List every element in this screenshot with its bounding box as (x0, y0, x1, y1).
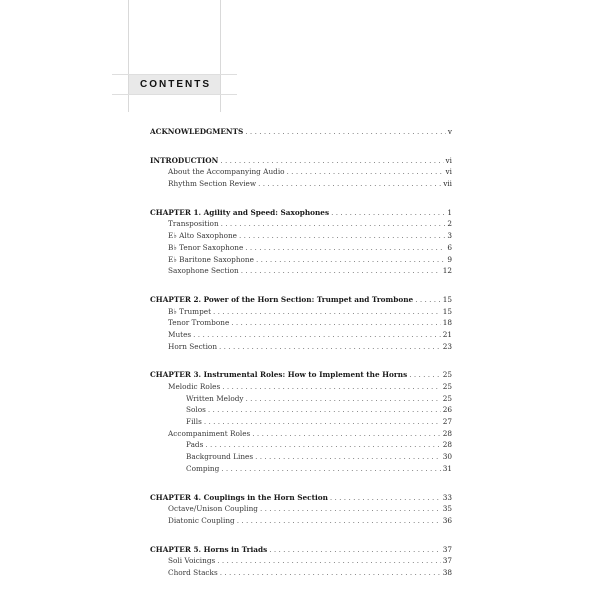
toc-entry-label: CHAPTER 4. Couplings in the Horn Section (150, 492, 328, 504)
toc-entry-label: Melodic Roles (168, 381, 220, 393)
toc-subentry[interactable]: Written Melody25 (150, 393, 452, 405)
contents-heading-band: CONTENTS (129, 75, 220, 94)
toc-subentry[interactable]: B♭ Tenor Saxophone6 (150, 242, 452, 254)
toc-subentry[interactable]: E♭ Baritone Saxophone9 (150, 254, 452, 266)
toc-page-number: 38 (443, 567, 452, 579)
dot-leader (222, 381, 440, 393)
dot-leader (258, 178, 441, 190)
toc-section: CHAPTER 3. Instrumental Roles: How to Im… (150, 369, 452, 474)
toc-section: CHAPTER 5. Horns in Triads37Soli Voicing… (150, 544, 452, 579)
toc-entry-label: B♭ Trumpet (168, 306, 211, 318)
toc-page-number: 15 (443, 294, 452, 306)
toc-page-number: 12 (443, 265, 452, 277)
toc-entry-label: E♭ Baritone Saxophone (168, 254, 254, 266)
toc-subentry[interactable]: Pads28 (150, 439, 452, 451)
toc-page-number: v (448, 126, 452, 138)
toc-entry-label: Saxophone Section (168, 265, 239, 277)
toc-entry-label: Chord Stacks (168, 567, 218, 579)
toc-subentry[interactable]: Octave/Unison Coupling35 (150, 503, 452, 515)
toc-page-number: 26 (443, 404, 452, 416)
dot-leader (330, 492, 441, 504)
toc-page-number: 36 (443, 515, 452, 527)
dot-leader (331, 207, 445, 219)
toc-chapter-entry[interactable]: INTRODUCTIONvi (150, 155, 452, 167)
dot-leader (221, 463, 440, 475)
toc-subentry[interactable]: Mutes21 (150, 329, 452, 341)
toc-section: CHAPTER 2. Power of the Horn Section: Tr… (150, 294, 452, 352)
guide-line-horizontal-bottom (112, 94, 237, 95)
dot-leader (287, 166, 444, 178)
toc-page-number: 37 (443, 555, 452, 567)
toc-entry-label: Fills (186, 416, 202, 428)
toc-page-number: 27 (443, 416, 452, 428)
toc-entry-label: Rhythm Section Review (168, 178, 256, 190)
toc-entry-label: CHAPTER 1. Agility and Speed: Saxophones (150, 207, 329, 219)
dot-leader (213, 306, 441, 318)
table-of-contents: ACKNOWLEDGMENTSvINTRODUCTIONviAbout the … (150, 126, 452, 596)
toc-entry-label: Mutes (168, 329, 191, 341)
toc-entry-label: ACKNOWLEDGMENTS (150, 126, 243, 138)
toc-subentry[interactable]: Horn Section23 (150, 341, 452, 353)
dot-leader (241, 265, 441, 277)
dot-leader (237, 515, 441, 527)
toc-subentry[interactable]: Melodic Roles25 (150, 381, 452, 393)
toc-page-number: 1 (447, 207, 452, 219)
toc-subentry[interactable]: Background Lines30 (150, 451, 452, 463)
toc-page-number: 9 (447, 254, 452, 266)
toc-subentry[interactable]: Fills27 (150, 416, 452, 428)
toc-entry-label: Soli Voicings (168, 555, 215, 567)
dot-leader (217, 555, 440, 567)
toc-subentry[interactable]: Rhythm Section Reviewvii (150, 178, 452, 190)
toc-subentry[interactable]: About the Accompanying Audiovi (150, 166, 452, 178)
toc-page-number: 35 (443, 503, 452, 515)
dot-leader (219, 341, 441, 353)
dot-leader (204, 416, 441, 428)
dot-leader (245, 242, 445, 254)
toc-entry-label: CHAPTER 5. Horns in Triads (150, 544, 267, 556)
toc-subentry[interactable]: Accompaniment Roles28 (150, 428, 452, 440)
toc-page-number: 18 (443, 317, 452, 329)
toc-subentry[interactable]: Chord Stacks38 (150, 567, 452, 579)
toc-subentry[interactable]: Comping31 (150, 463, 452, 475)
toc-entry-label: Written Melody (186, 393, 244, 405)
toc-section: ACKNOWLEDGMENTSv (150, 126, 452, 138)
toc-page-number: 28 (443, 428, 452, 440)
toc-chapter-entry[interactable]: CHAPTER 2. Power of the Horn Section: Tr… (150, 294, 452, 306)
toc-entry-label: Tenor Trombone (168, 317, 229, 329)
toc-entry-label: Background Lines (186, 451, 253, 463)
toc-page-number: 30 (443, 451, 452, 463)
toc-entry-label: Octave/Unison Coupling (168, 503, 258, 515)
dot-leader (252, 428, 440, 440)
toc-page-number: 31 (443, 463, 452, 475)
dot-leader (221, 218, 446, 230)
dot-leader (220, 567, 441, 579)
dot-leader (245, 126, 446, 138)
toc-subentry[interactable]: E♭ Alto Saxophone3 (150, 230, 452, 242)
toc-section: CHAPTER 1. Agility and Speed: Saxophones… (150, 207, 452, 277)
toc-entry-label: Pads (186, 439, 203, 451)
dot-leader (193, 329, 441, 341)
toc-page-number: 15 (443, 306, 452, 318)
toc-chapter-entry[interactable]: ACKNOWLEDGMENTSv (150, 126, 452, 138)
toc-subentry[interactable]: Solos26 (150, 404, 452, 416)
toc-section: INTRODUCTIONviAbout the Accompanying Aud… (150, 155, 452, 190)
page-title: CONTENTS (138, 79, 211, 90)
toc-page-number: 3 (447, 230, 452, 242)
toc-subentry[interactable]: Tenor Trombone18 (150, 317, 452, 329)
guide-line-vertical-left (128, 0, 129, 112)
toc-subentry[interactable]: Diatonic Coupling36 (150, 515, 452, 527)
toc-entry-label: B♭ Tenor Saxophone (168, 242, 243, 254)
dot-leader (269, 544, 440, 556)
toc-entry-label: Transposition (168, 218, 219, 230)
toc-page-number: 37 (443, 544, 452, 556)
dot-leader (255, 451, 441, 463)
toc-page-number: 2 (447, 218, 452, 230)
toc-chapter-entry[interactable]: CHAPTER 5. Horns in Triads37 (150, 544, 452, 556)
dot-leader (415, 294, 441, 306)
toc-subentry[interactable]: Soli Voicings37 (150, 555, 452, 567)
toc-section: CHAPTER 4. Couplings in the Horn Section… (150, 492, 452, 527)
toc-chapter-entry[interactable]: CHAPTER 4. Couplings in the Horn Section… (150, 492, 452, 504)
dot-leader (409, 369, 441, 381)
toc-entry-label: Diatonic Coupling (168, 515, 235, 527)
toc-page-number: 25 (443, 369, 452, 381)
toc-page-number: 25 (443, 381, 452, 393)
toc-entry-label: Solos (186, 404, 206, 416)
dot-leader (239, 230, 445, 242)
toc-entry-label: CHAPTER 2. Power of the Horn Section: Tr… (150, 294, 413, 306)
toc-page-number: vi (446, 155, 452, 167)
toc-entry-label: About the Accompanying Audio (168, 166, 285, 178)
toc-subentry[interactable]: Transposition2 (150, 218, 452, 230)
toc-page-number: 21 (443, 329, 452, 341)
toc-page-number: 33 (443, 492, 452, 504)
toc-page-number: vii (443, 178, 452, 190)
toc-entry-label: CHAPTER 3. Instrumental Roles: How to Im… (150, 369, 407, 381)
dot-leader (205, 439, 440, 451)
toc-entry-label: Comping (186, 463, 219, 475)
toc-entry-label: INTRODUCTION (150, 155, 218, 167)
toc-page-number: 28 (443, 439, 452, 451)
dot-leader (260, 503, 441, 515)
toc-entry-label: E♭ Alto Saxophone (168, 230, 237, 242)
toc-page-number: vi (446, 166, 452, 178)
toc-entry-label: Accompaniment Roles (168, 428, 250, 440)
dot-leader (246, 393, 441, 405)
toc-chapter-entry[interactable]: CHAPTER 3. Instrumental Roles: How to Im… (150, 369, 452, 381)
dot-leader (231, 317, 440, 329)
dot-leader (220, 155, 443, 167)
dot-leader (208, 404, 441, 416)
guide-line-vertical-right (220, 0, 221, 112)
toc-subentry[interactable]: Saxophone Section12 (150, 265, 452, 277)
toc-page-number: 23 (443, 341, 452, 353)
toc-page-number: 6 (447, 242, 452, 254)
dot-leader (256, 254, 445, 266)
toc-chapter-entry[interactable]: CHAPTER 1. Agility and Speed: Saxophones… (150, 207, 452, 219)
toc-subentry[interactable]: B♭ Trumpet15 (150, 306, 452, 318)
toc-entry-label: Horn Section (168, 341, 217, 353)
toc-page-number: 25 (443, 393, 452, 405)
